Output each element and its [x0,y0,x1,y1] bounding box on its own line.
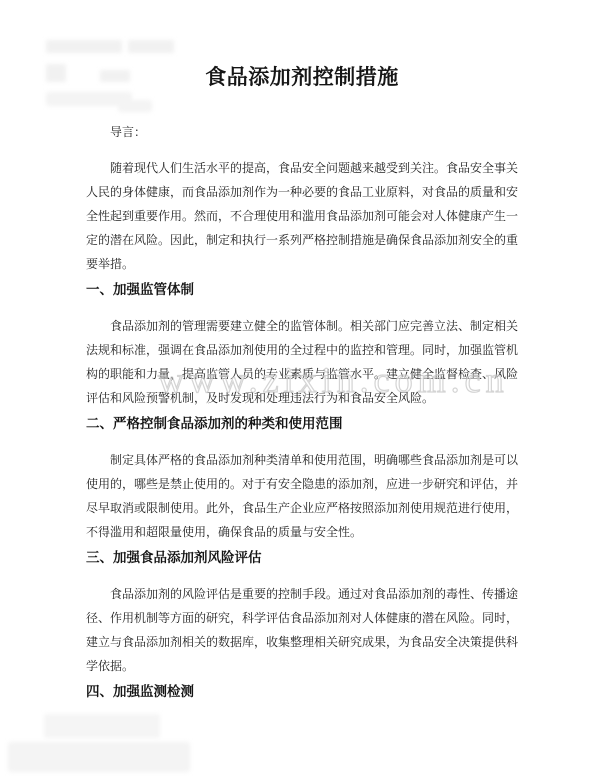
section-heading-1: 一、加强监管体制 [86,280,518,300]
document-title: 食品添加剂控制措施 [86,64,518,92]
section-heading-2: 二、严格控制食品添加剂的种类和使用范围 [86,414,518,434]
faint-smudge-artifact [128,40,174,53]
faint-smudge-artifact [100,70,130,82]
section-body-1: 食品添加剂的管理需要建立健全的监管体制。相关部门应完善立法、制定相关法规和标准，… [86,314,518,410]
intro-paragraph: 随着现代人们生活水平的提高，食品安全问题越来越受到关注。食品安全事关人民的身体健… [86,156,518,276]
intro-label: 导言： [86,120,518,144]
faint-smudge-artifact [46,40,122,53]
document-page: www.zixin.com.cn 食品添加剂控制措施 导言： 随着现代人们生活水… [0,0,600,776]
faint-smudge-artifact [44,714,160,738]
section-body-2: 制定具体严格的食品添加剂种类清单和使用范围，明确哪些食品添加剂是可以使用的，哪些… [86,448,518,544]
section-body-3: 食品添加剂的风险评估是重要的控制手段。通过对食品添加剂的毒性、传播途径、作用机制… [86,582,518,678]
section-heading-3: 三、加强食品添加剂风险评估 [86,548,518,568]
faint-smudge-artifact [8,742,190,772]
faint-smudge-artifact [46,64,66,82]
faint-smudge-artifact [118,100,152,112]
section-heading-4: 四、加强监测检测 [86,682,518,702]
